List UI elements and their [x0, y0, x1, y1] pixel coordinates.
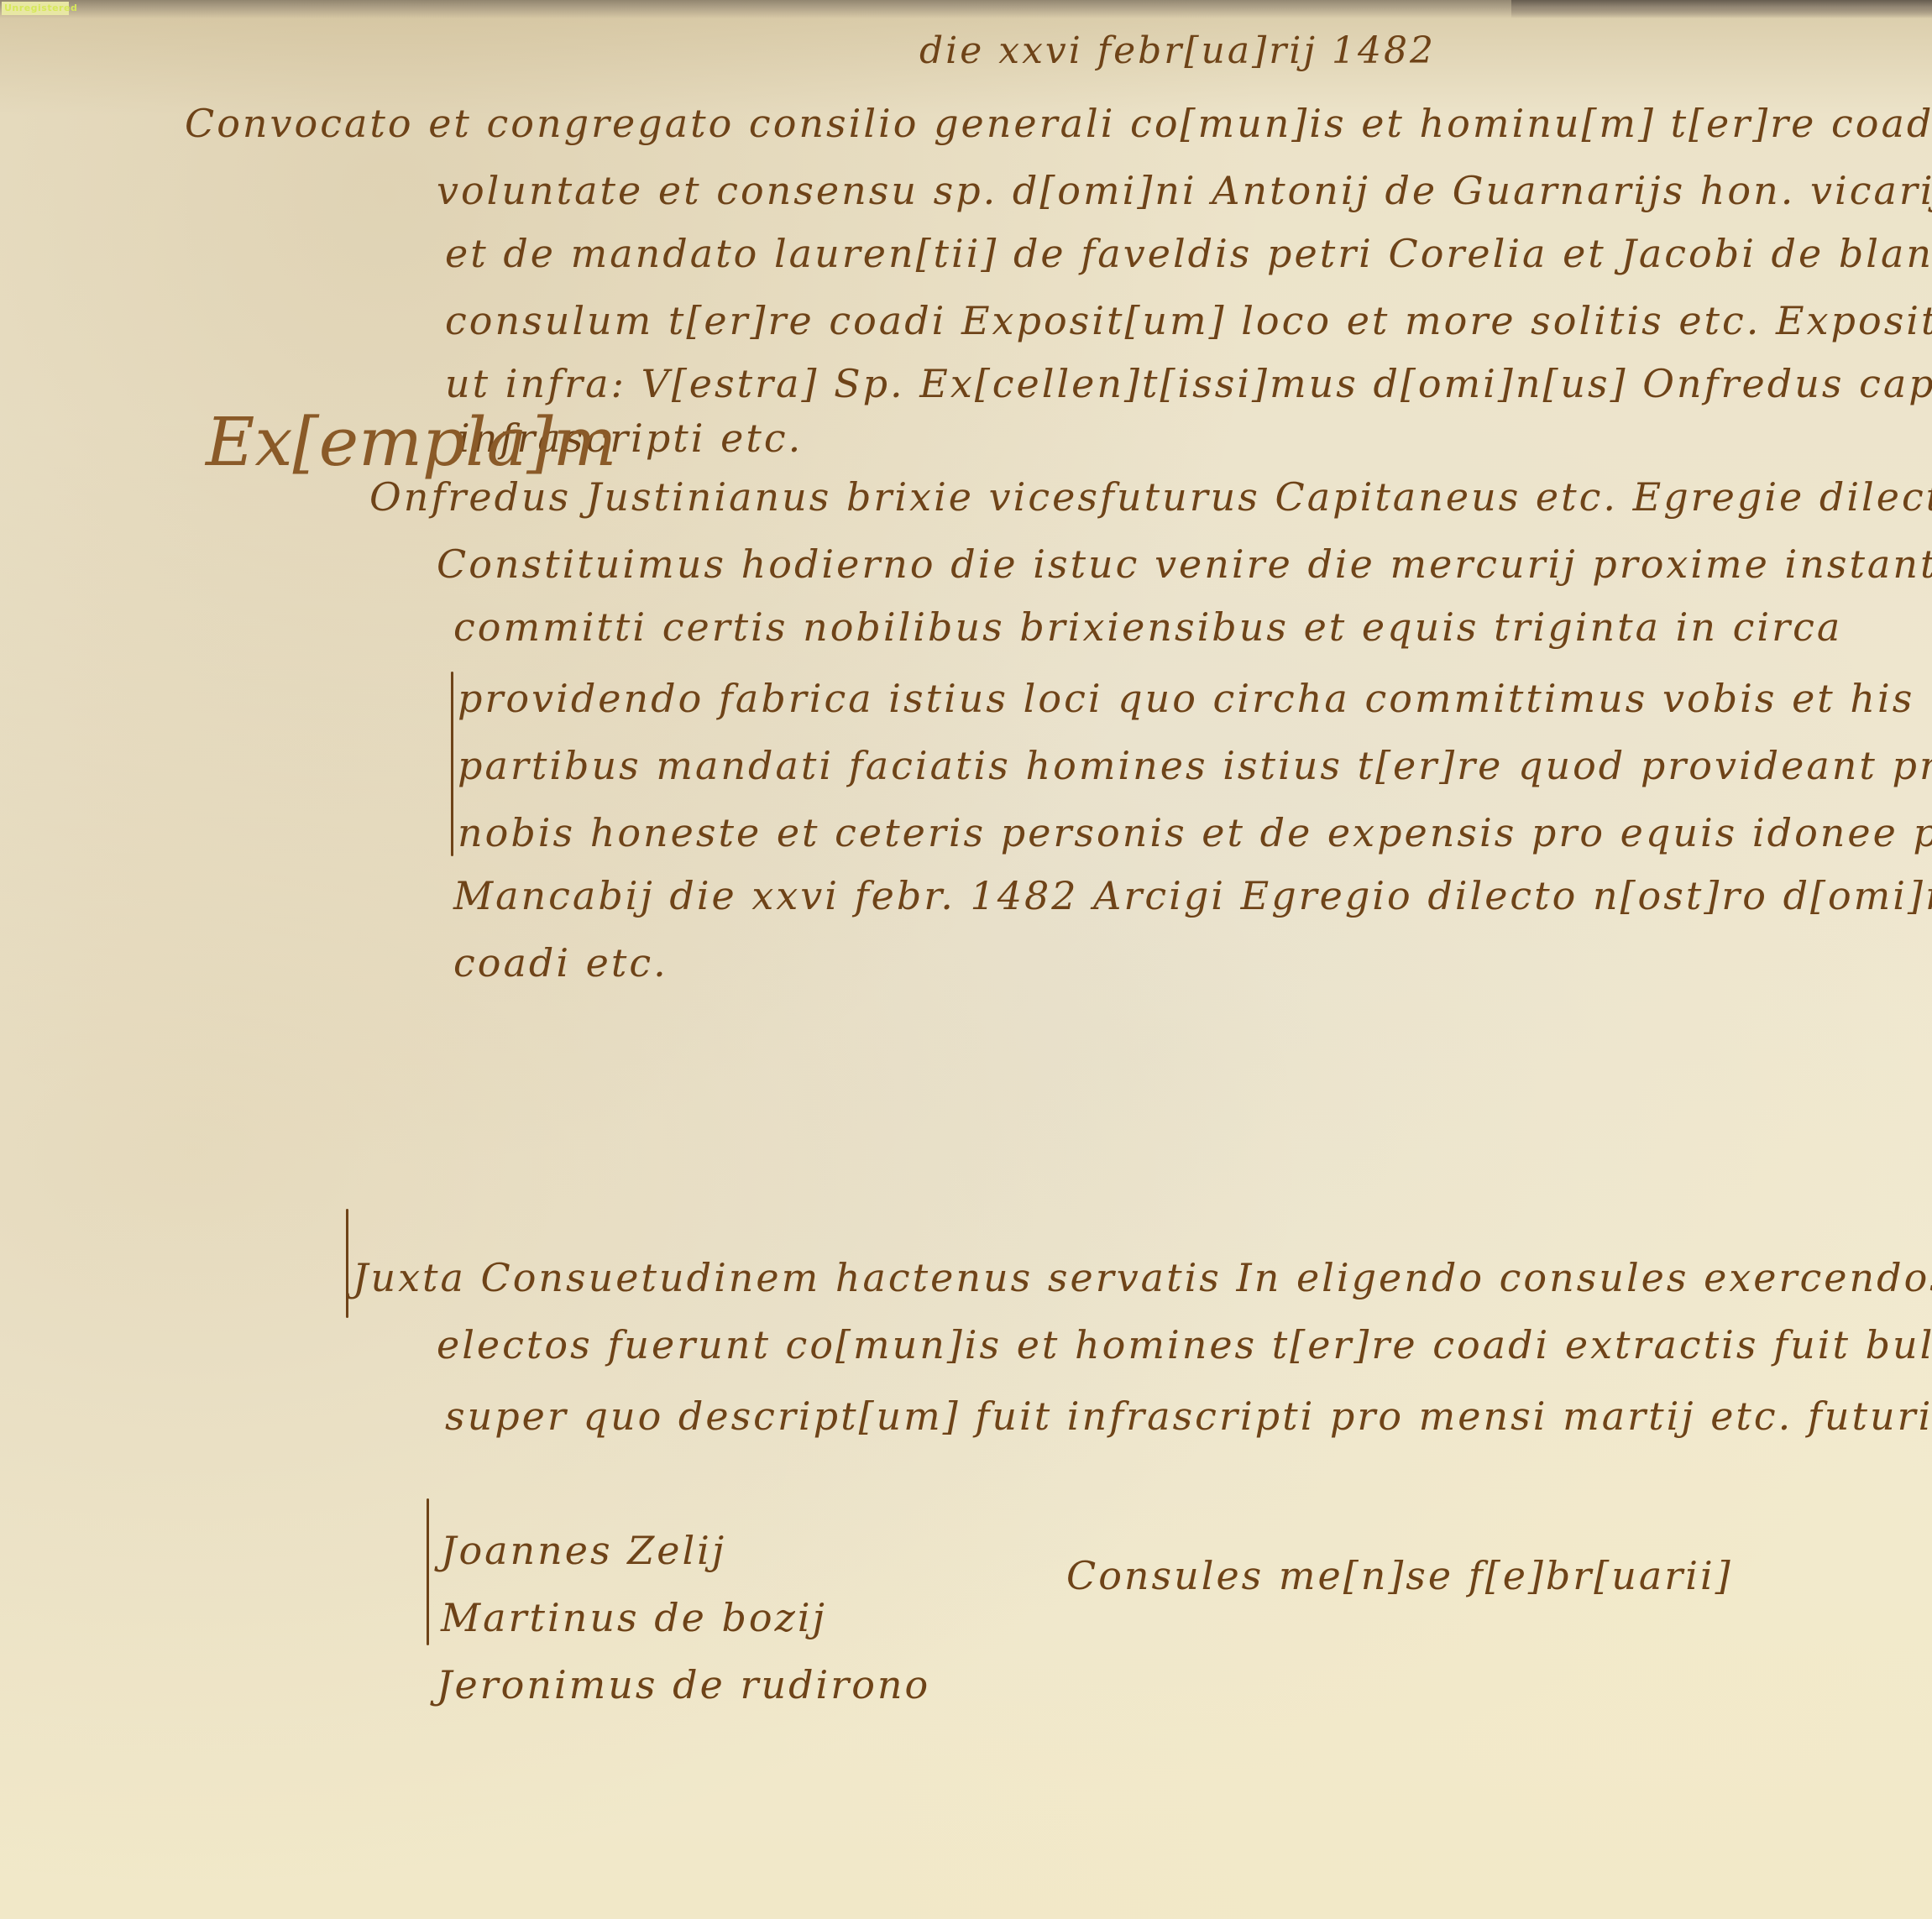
heading-date: die xxvi febr[ua]rij 1482 — [919, 29, 1436, 72]
entry-2-line-6: nobis honeste et ceteris personis et de … — [458, 810, 1932, 855]
paragraph-bracket-entry-3 — [346, 1209, 348, 1318]
entry-2-line-5: partibus mandati faciatis homines istius… — [458, 743, 1932, 788]
entry-1-line-3: et de mandato lauren[tii] de faveldis pe… — [445, 231, 1932, 276]
entry-2-line-3: committi certis nobilibus brixiensibus e… — [453, 604, 1842, 650]
entry-2-line-7: Mancabij die xxvi febr. 1482 Arcigi Egre… — [453, 873, 1932, 918]
margin-note-exemplum: Ex[empla]m — [206, 403, 617, 481]
manuscript-page: Unregistered die xxvi febr[ua]rij 1482 C… — [0, 0, 1932, 1919]
entry-2-line-4: providendo fabrica istius loci quo circh… — [458, 676, 1914, 721]
signatory-1: Joannes Zelij — [441, 1528, 726, 1573]
signatory-2: Martinus de bozij — [441, 1595, 827, 1640]
entry-1-line-2: voluntate et consensu sp. d[omi]ni Anton… — [437, 168, 1932, 213]
signatories-bracket — [427, 1498, 429, 1645]
entry-1-line-4: consulum t[er]re coadi Exposit[um] loco … — [445, 298, 1932, 343]
entry-2-line-8: coadi etc. — [453, 940, 668, 986]
entry-1-line-1: Convocato et congregato consilio general… — [185, 101, 1932, 146]
entry-3-line-1: Juxta Consuetudinem hactenus servatis In… — [353, 1255, 1932, 1300]
entry-3-line-3: super quo descript[um] fuit infrascripti… — [445, 1393, 1932, 1439]
signatory-3: Jeronimus de rudirono — [437, 1662, 930, 1707]
entry-2-line-1: Onfredus Justinianus brixie vicesfuturus… — [369, 474, 1932, 520]
entry-1-line-5: ut infra: V[estra] Sp. Ex[cellen]t[issi]… — [445, 361, 1932, 406]
page-top-edge-shadow-right — [1511, 0, 1932, 18]
signature-caption: Consules me[n]se f[e]br[uarii] — [1066, 1553, 1733, 1598]
watermark-label: Unregistered — [2, 2, 69, 15]
paragraph-bracket-entry-2 — [451, 672, 453, 856]
entry-2-line-2: Constituimus hodierno die istuc venire d… — [437, 541, 1932, 587]
entry-3-line-2: electos fuerunt co[mun]is et homines t[e… — [437, 1322, 1932, 1367]
